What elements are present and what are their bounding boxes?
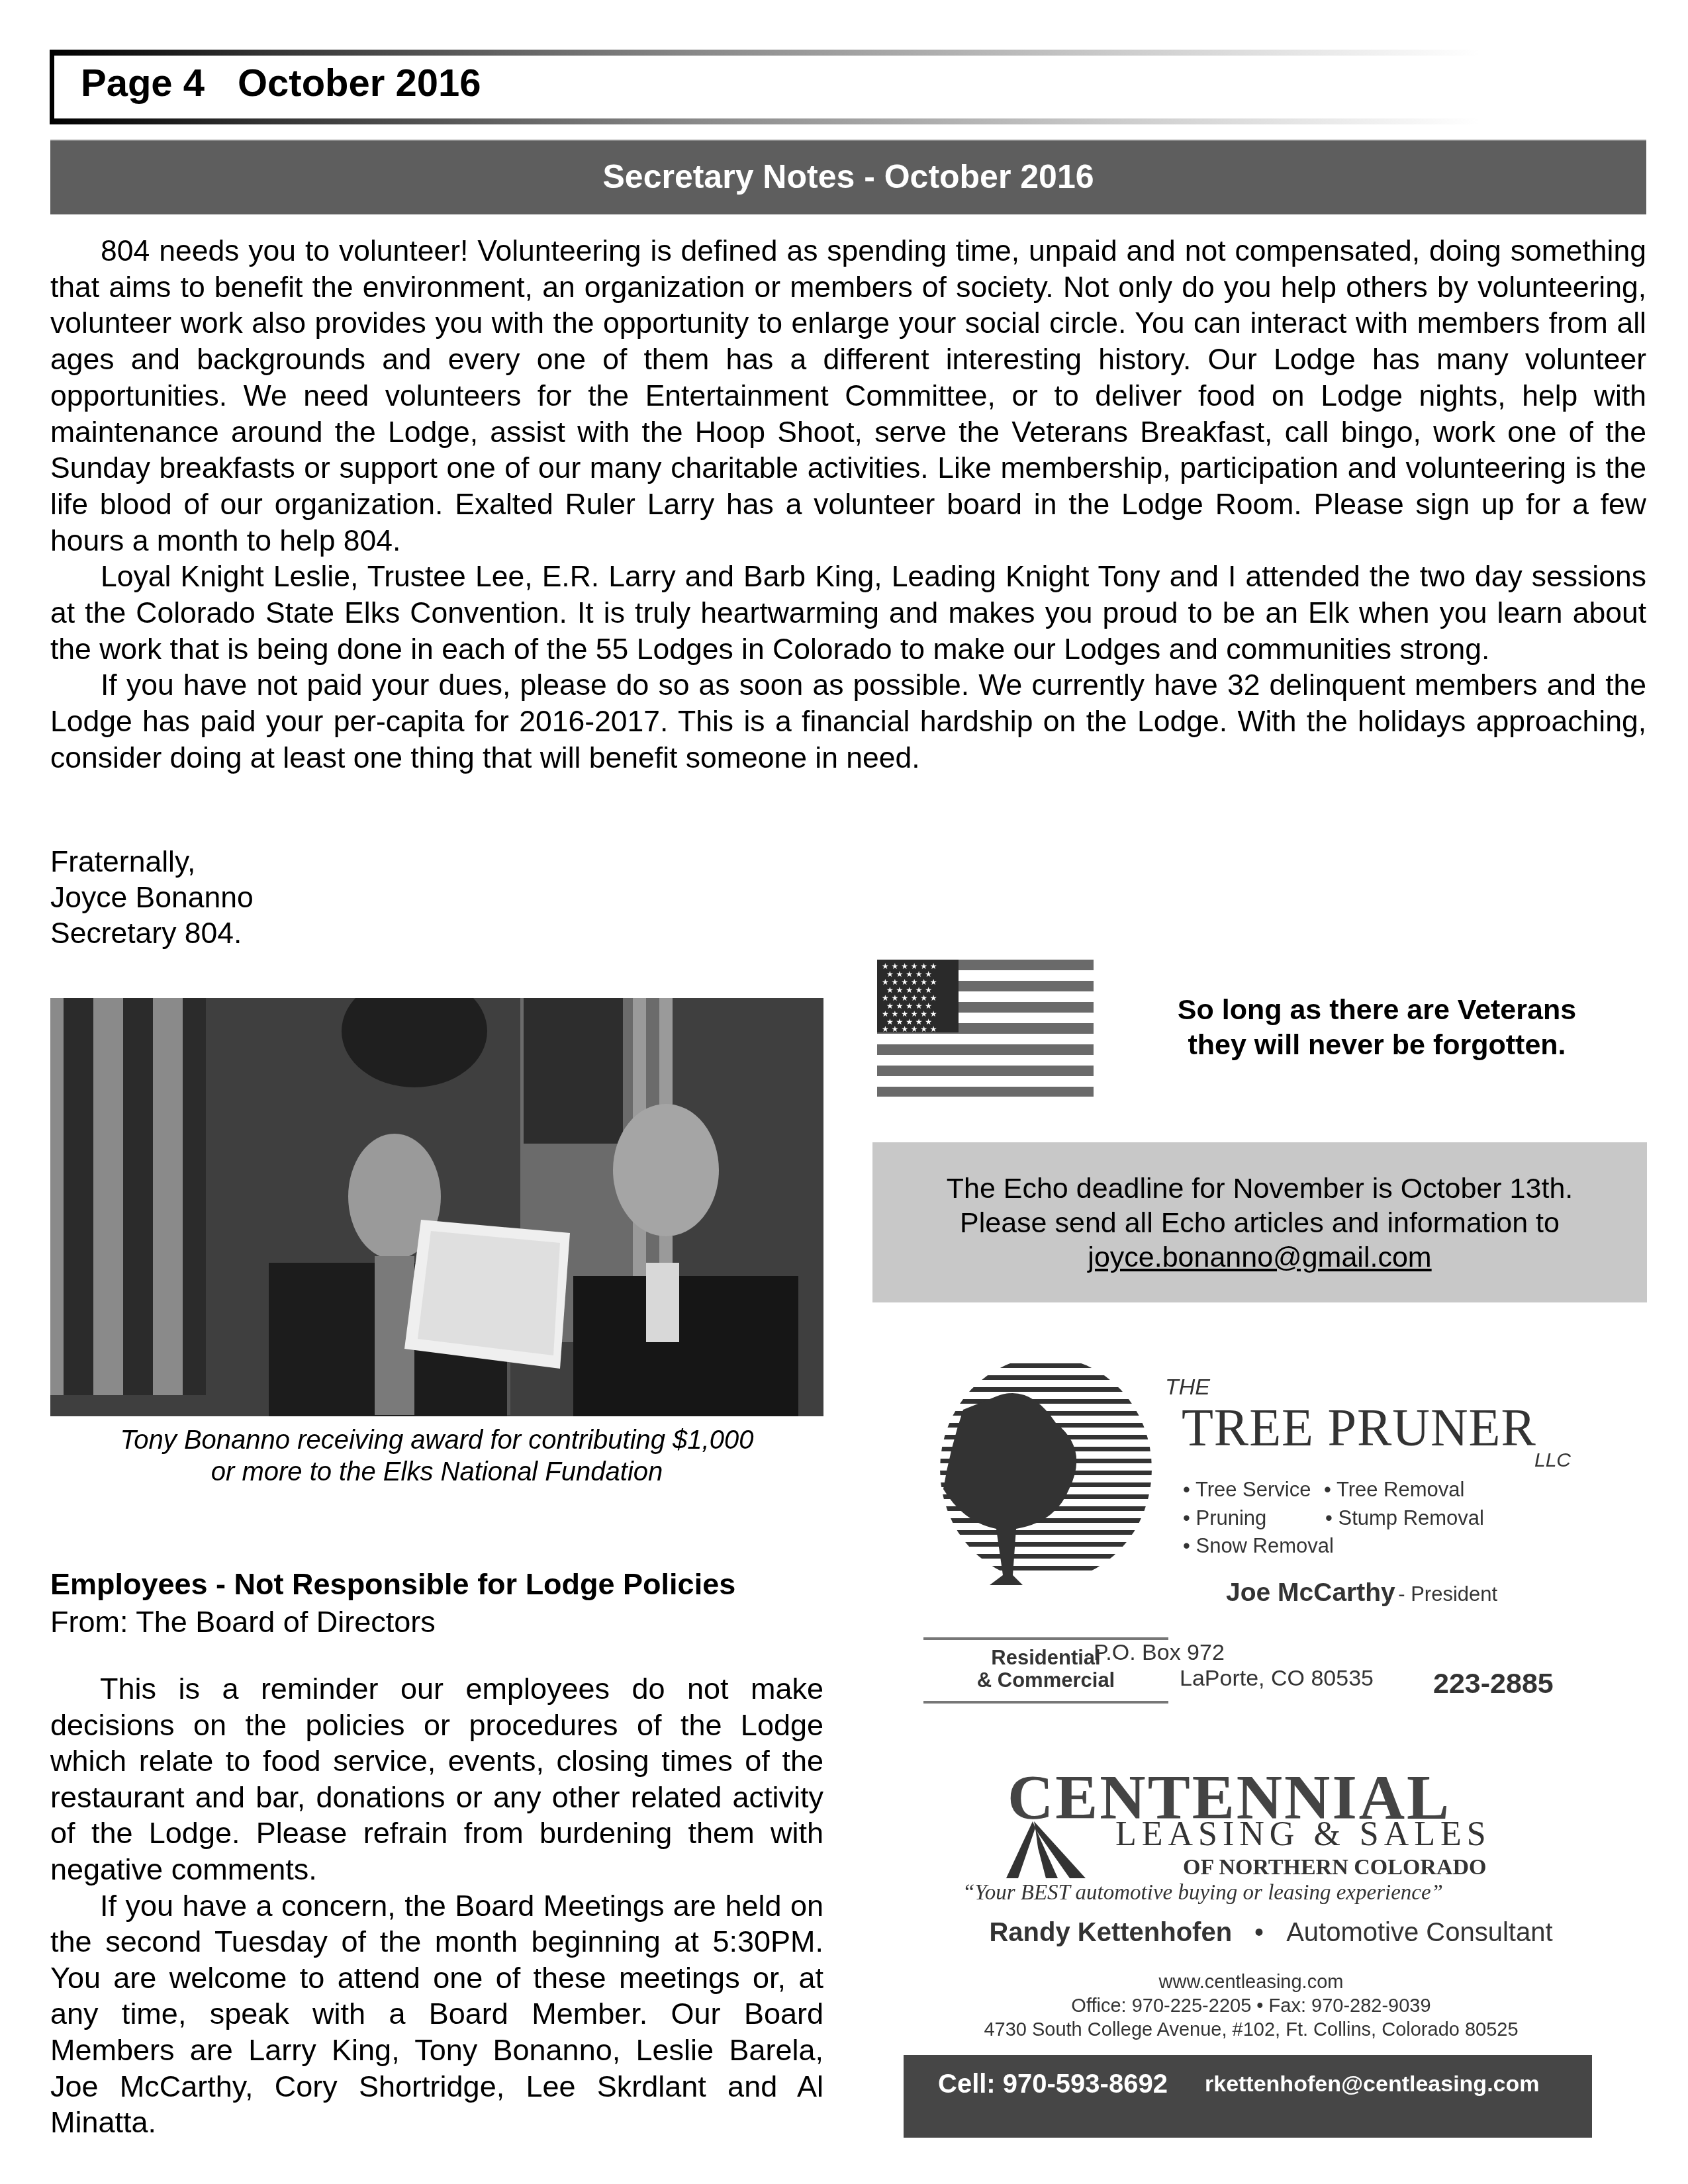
- echo-deadline-text: The Echo deadline for November is Octobe…: [872, 1171, 1647, 1206]
- tree-pruner-phone: 223-2885: [1433, 1668, 1554, 1700]
- centennial-leasing-sales: LEASING & SALES: [1115, 1815, 1491, 1854]
- centennial-tagline: “Your BEST automotive buying or leasing …: [962, 1881, 1443, 1905]
- employees-paragraph: This is a reminder our employees do not …: [50, 1671, 823, 1888]
- bullet-separator: •: [1254, 1918, 1264, 1947]
- centennial-contact-info: www.centleasing.com Office: 970-225-2205…: [900, 1970, 1602, 2042]
- secretary-paragraph: If you have not paid your dues, please d…: [50, 668, 1646, 776]
- caption-line: or more to the Elks National Fundation: [50, 1456, 823, 1488]
- american-flag-icon: ★ ★ ★ ★ ★ ★ ★ ★ ★ ★ ★ ★ ★ ★ ★ ★ ★ ★ ★ ★ …: [874, 960, 1094, 1097]
- secretary-notes-body: 804 needs you to volunteer! Volunteering…: [50, 234, 1646, 777]
- street-address: 4730 South College Avenue, #102, Ft. Col…: [900, 2018, 1602, 2042]
- rep-name: Randy Kettenhofen: [989, 1918, 1232, 1947]
- header-bottom-rule: [50, 118, 1479, 124]
- service-item: • Pruning: [1183, 1506, 1266, 1530]
- closing: Fraternally,: [50, 844, 254, 880]
- signer-name: Joyce Bonanno: [50, 880, 254, 916]
- tree-pruner-the: THE: [1165, 1375, 1210, 1400]
- page-number: Page 4: [81, 62, 205, 105]
- issue-date: October 2016: [238, 62, 481, 105]
- caption-line: Tony Bonanno receiving award for contrib…: [50, 1424, 823, 1456]
- section-title-band: Secretary Notes - October 2016: [50, 140, 1646, 214]
- rep-email-link[interactable]: rkettenhofen@centleasing.com: [1205, 2071, 1539, 2097]
- echo-email-link[interactable]: joyce.bonanno@gmail.com: [872, 1240, 1647, 1275]
- secretary-paragraph: Loyal Knight Leslie, Trustee Lee, E.R. L…: [50, 559, 1646, 668]
- signer-title: Secretary 804.: [50, 916, 254, 952]
- service-item: • Stump Removal: [1325, 1506, 1484, 1530]
- secretary-paragraph: 804 needs you to volunteer! Volunteering…: [50, 234, 1646, 559]
- tree-pruner-address: P.O. Box 972 LaPorte, CO 80535: [1033, 1640, 1430, 1692]
- award-photo: [50, 998, 823, 1416]
- service-item: • Snow Removal: [1183, 1534, 1334, 1558]
- rep-title: Automotive Consultant: [1286, 1918, 1552, 1947]
- owner-name: Joe McCarthy: [1226, 1578, 1395, 1607]
- tree-logo-icon: [923, 1357, 1168, 1588]
- employees-article-title: Employees - Not Responsible for Lodge Po…: [50, 1567, 735, 1602]
- header-left-rule: [50, 50, 54, 124]
- signature-block: Fraternally, Joyce Bonanno Secretary 804…: [50, 844, 254, 952]
- tree-pruner-owner: Joe McCarthy - President: [1226, 1578, 1497, 1608]
- award-photo-image: [50, 998, 823, 1416]
- veterans-tribute: So long as there are Veterans they will …: [1092, 993, 1662, 1063]
- centennial-cell-bar: Cell: 970-593-8692 rkettenhofen@centleas…: [904, 2055, 1592, 2138]
- centennial-region: OF NORTHERN COLORADO: [1183, 1855, 1486, 1880]
- employees-article-body: This is a reminder our employees do not …: [50, 1671, 823, 2141]
- veterans-line: they will never be forgotten.: [1092, 1028, 1662, 1063]
- echo-deadline-box: The Echo deadline for November is Octobe…: [872, 1142, 1647, 1302]
- echo-instruction-text: Please send all Echo articles and inform…: [872, 1206, 1647, 1240]
- owner-title: - President: [1398, 1582, 1497, 1606]
- page-header: Page 4October 2016: [81, 61, 514, 105]
- service-item: • Tree Service: [1183, 1478, 1311, 1502]
- tree-pruner-name: TREE PRUNER: [1182, 1398, 1536, 1459]
- tree-pruner-llc: LLC: [1534, 1449, 1571, 1472]
- service-item: • Tree Removal: [1324, 1478, 1464, 1502]
- website-link[interactable]: www.centleasing.com: [900, 1970, 1602, 1994]
- header-top-rule: [50, 50, 1479, 56]
- address-line: P.O. Box 972: [1033, 1640, 1430, 1666]
- employees-paragraph: If you have a concern, the Board Meeting…: [50, 1888, 823, 2141]
- employees-article-from: From: The Board of Directors: [50, 1605, 436, 1639]
- road-logo-icon: [1006, 1821, 1086, 1878]
- svg-text:★ ★ ★ ★ ★ ★: ★ ★ ★ ★ ★ ★: [882, 1024, 937, 1034]
- veterans-line: So long as there are Veterans: [1092, 993, 1662, 1028]
- cell-phone: Cell: 970-593-8692: [938, 2070, 1168, 2099]
- flag-left: [50, 998, 206, 1395]
- address-line: LaPorte, CO 80535: [1033, 1666, 1430, 1692]
- photo-caption: Tony Bonanno receiving award for contrib…: [50, 1424, 823, 1488]
- office-fax: Office: 970-225-2205 • Fax: 970-282-9039: [900, 1994, 1602, 2018]
- centennial-representative: Randy Kettenhofen•Automotive Consultant: [940, 1918, 1602, 1948]
